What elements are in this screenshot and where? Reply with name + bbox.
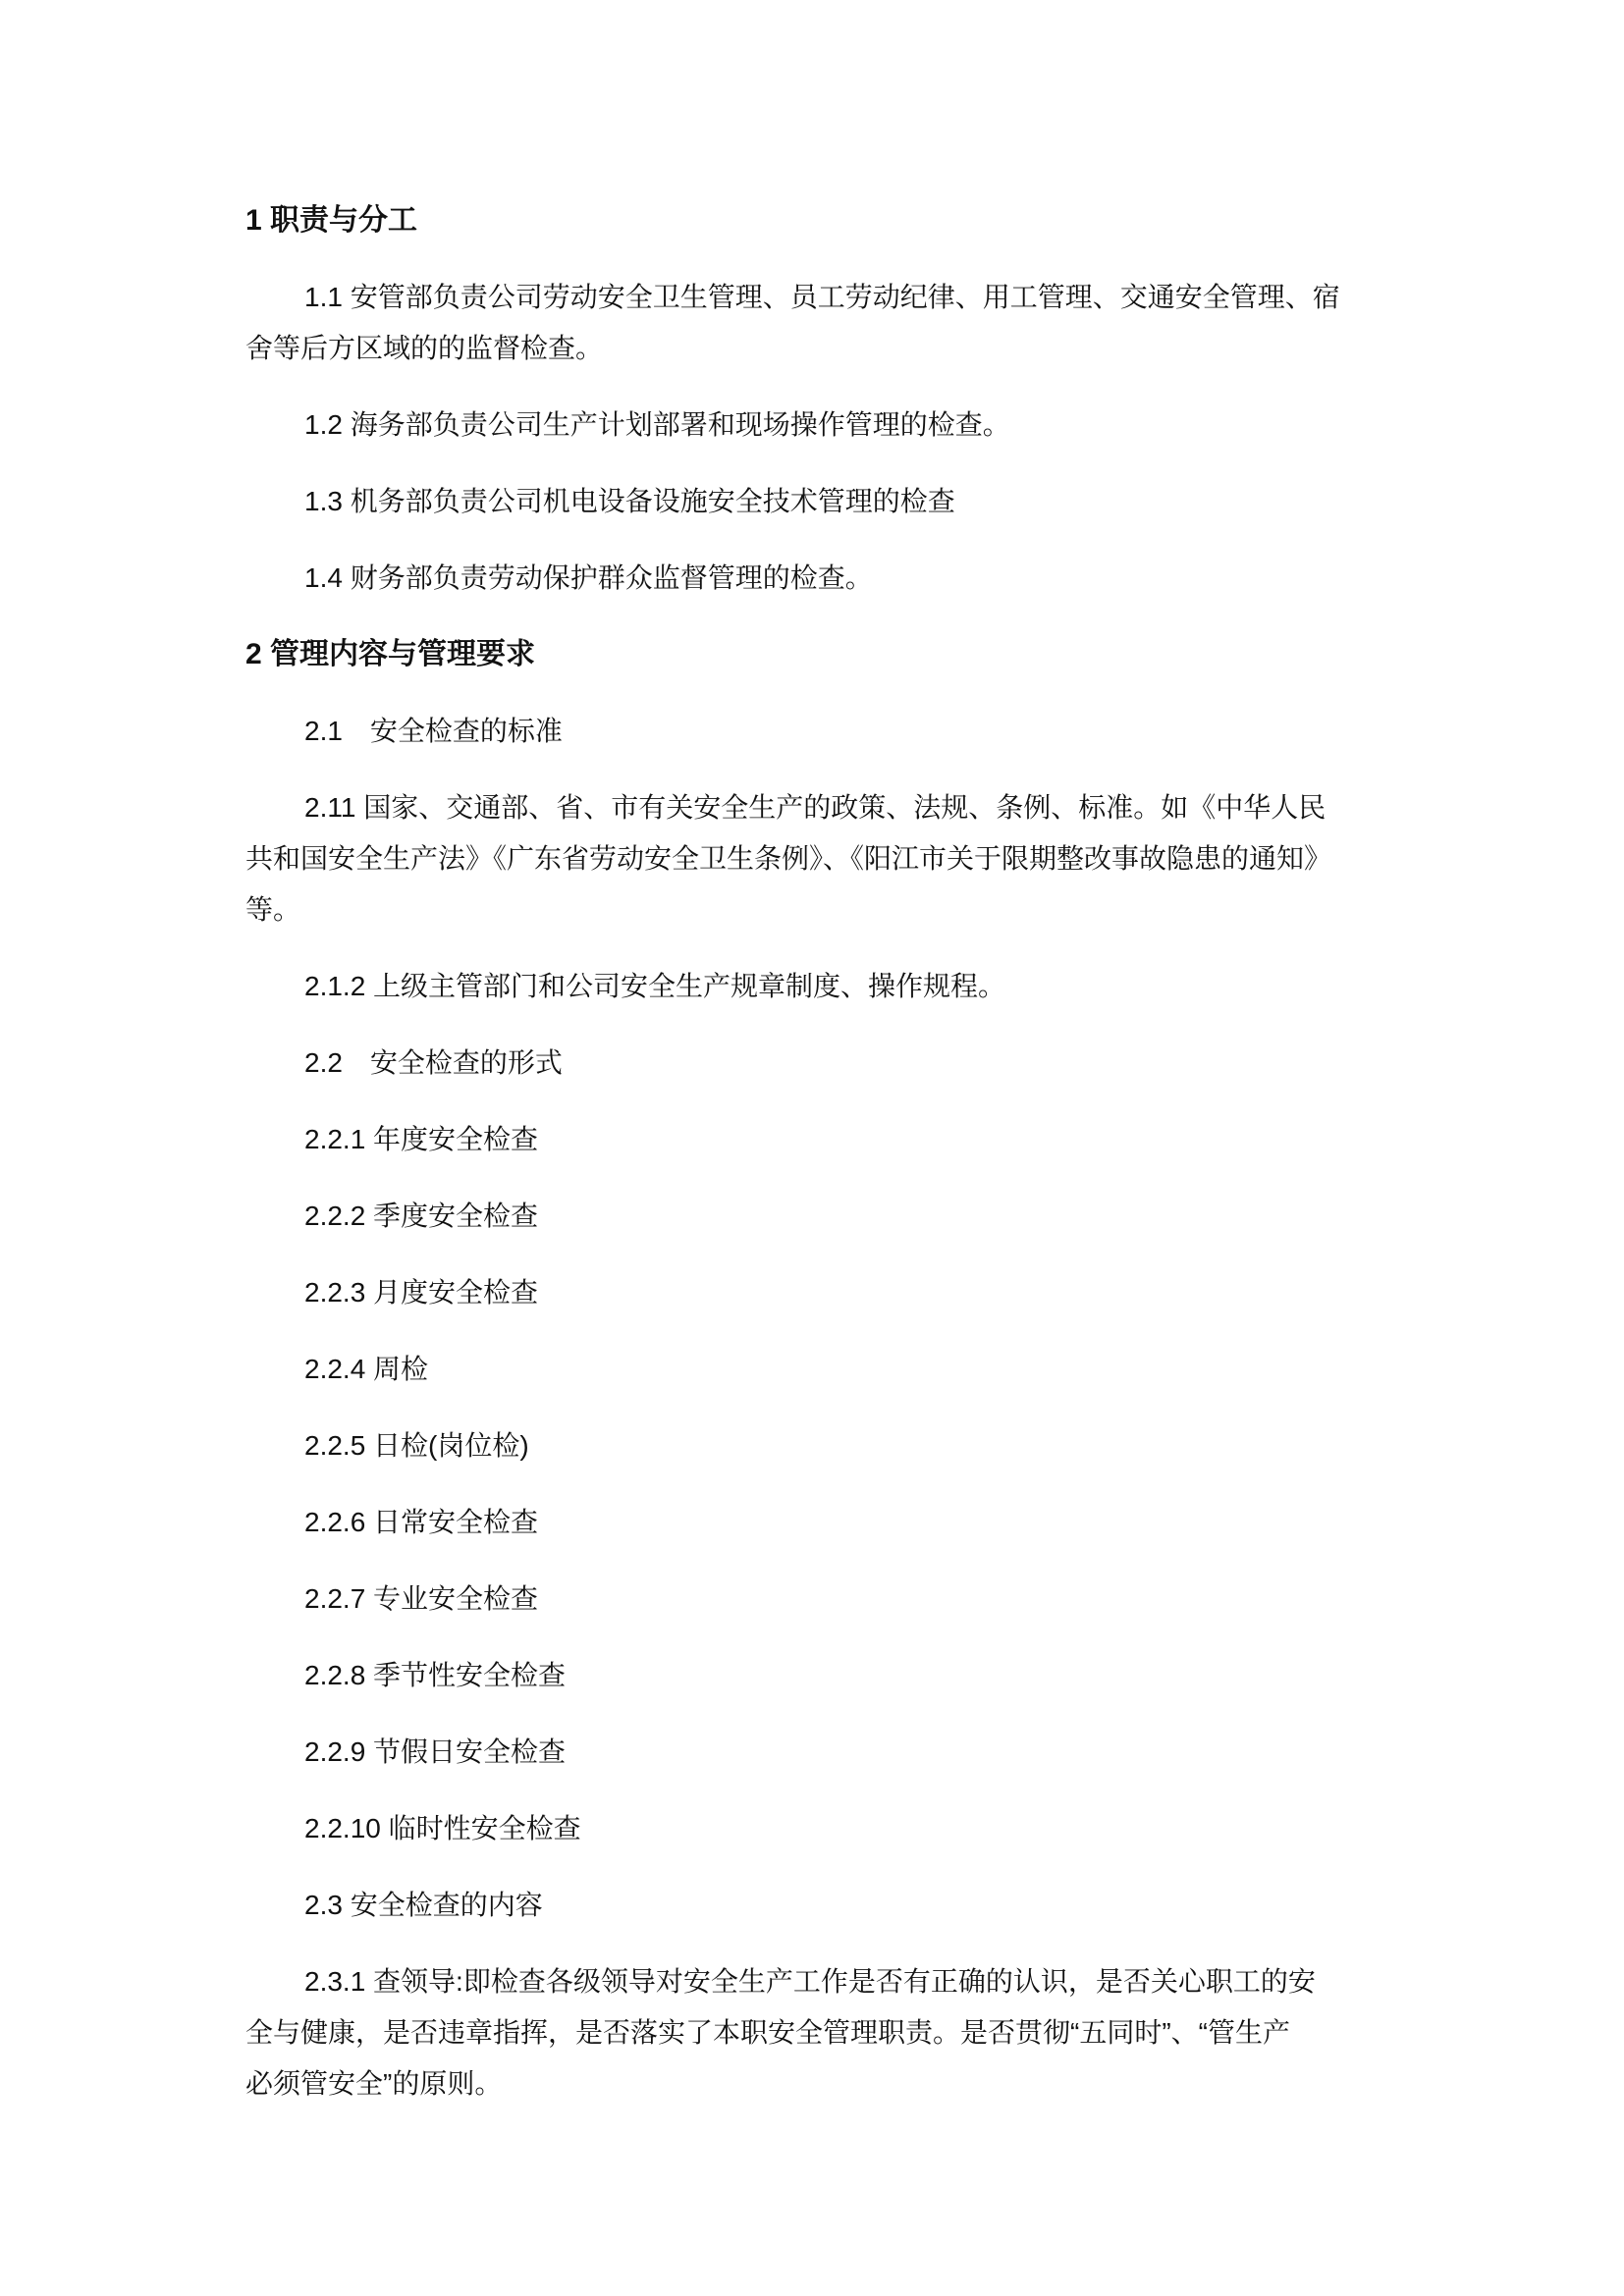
para-1-2: 1.2 海务部负责公司生产计划部署和现场操作管理的检查。 — [245, 400, 1406, 451]
para-2-2-2: 2.2.2 季度安全检查 — [245, 1191, 1406, 1242]
para-2-1-2: 2.1.2 上级主管部门和公司安全生产规章制度、操作规程。 — [245, 961, 1406, 1012]
para-2-2-10: 2.2.10 临时性安全检查 — [245, 1803, 1406, 1854]
para-2-11: 2.11 国家、交通部、省、市有关安全生产的政策、法规、条例、标准。如《中华人民… — [245, 782, 1406, 935]
para-2-3: 2.3 安全检查的内容 — [245, 1880, 1406, 1931]
para-2-2: 2.2 安全检查的形式 — [245, 1038, 1406, 1089]
para-1-1: 1.1 安管部负责公司劳动安全卫生管理、员工劳动纪律、用工管理、交通安全管理、宿… — [245, 272, 1406, 374]
para-2-2-1: 2.2.1 年度安全检查 — [245, 1114, 1406, 1165]
para-2-3-1: 2.3.1 查领导:即检查各级领导对安全生产工作是否有正确的认识，是否关心职工的… — [245, 1956, 1406, 2109]
document-page: 1 职责与分工 1.1 安管部负责公司劳动安全卫生管理、员工劳动纪律、用工管理、… — [0, 0, 1624, 2296]
para-1-3: 1.3 机务部负责公司机电设备设施安全技术管理的检查 — [245, 476, 1406, 527]
heading-duties-and-division: 1 职责与分工 — [245, 195, 1406, 246]
para-2-2-6: 2.2.6 日常安全检查 — [245, 1497, 1406, 1548]
para-2-2-8: 2.2.8 季节性安全检查 — [245, 1650, 1406, 1701]
heading-management-requirements: 2 管理内容与管理要求 — [245, 629, 1406, 680]
para-2-1: 2.1 安全检查的标准 — [245, 706, 1406, 757]
para-2-2-9: 2.2.9 节假日安全检查 — [245, 1727, 1406, 1778]
para-2-2-4: 2.2.4 周检 — [245, 1344, 1406, 1395]
para-1-4: 1.4 财务部负责劳动保护群众监督管理的检查。 — [245, 553, 1406, 604]
para-2-2-5: 2.2.5 日检(岗位检) — [245, 1420, 1406, 1471]
para-2-2-3: 2.2.3 月度安全检查 — [245, 1267, 1406, 1318]
para-2-2-7: 2.2.7 专业安全检查 — [245, 1574, 1406, 1625]
